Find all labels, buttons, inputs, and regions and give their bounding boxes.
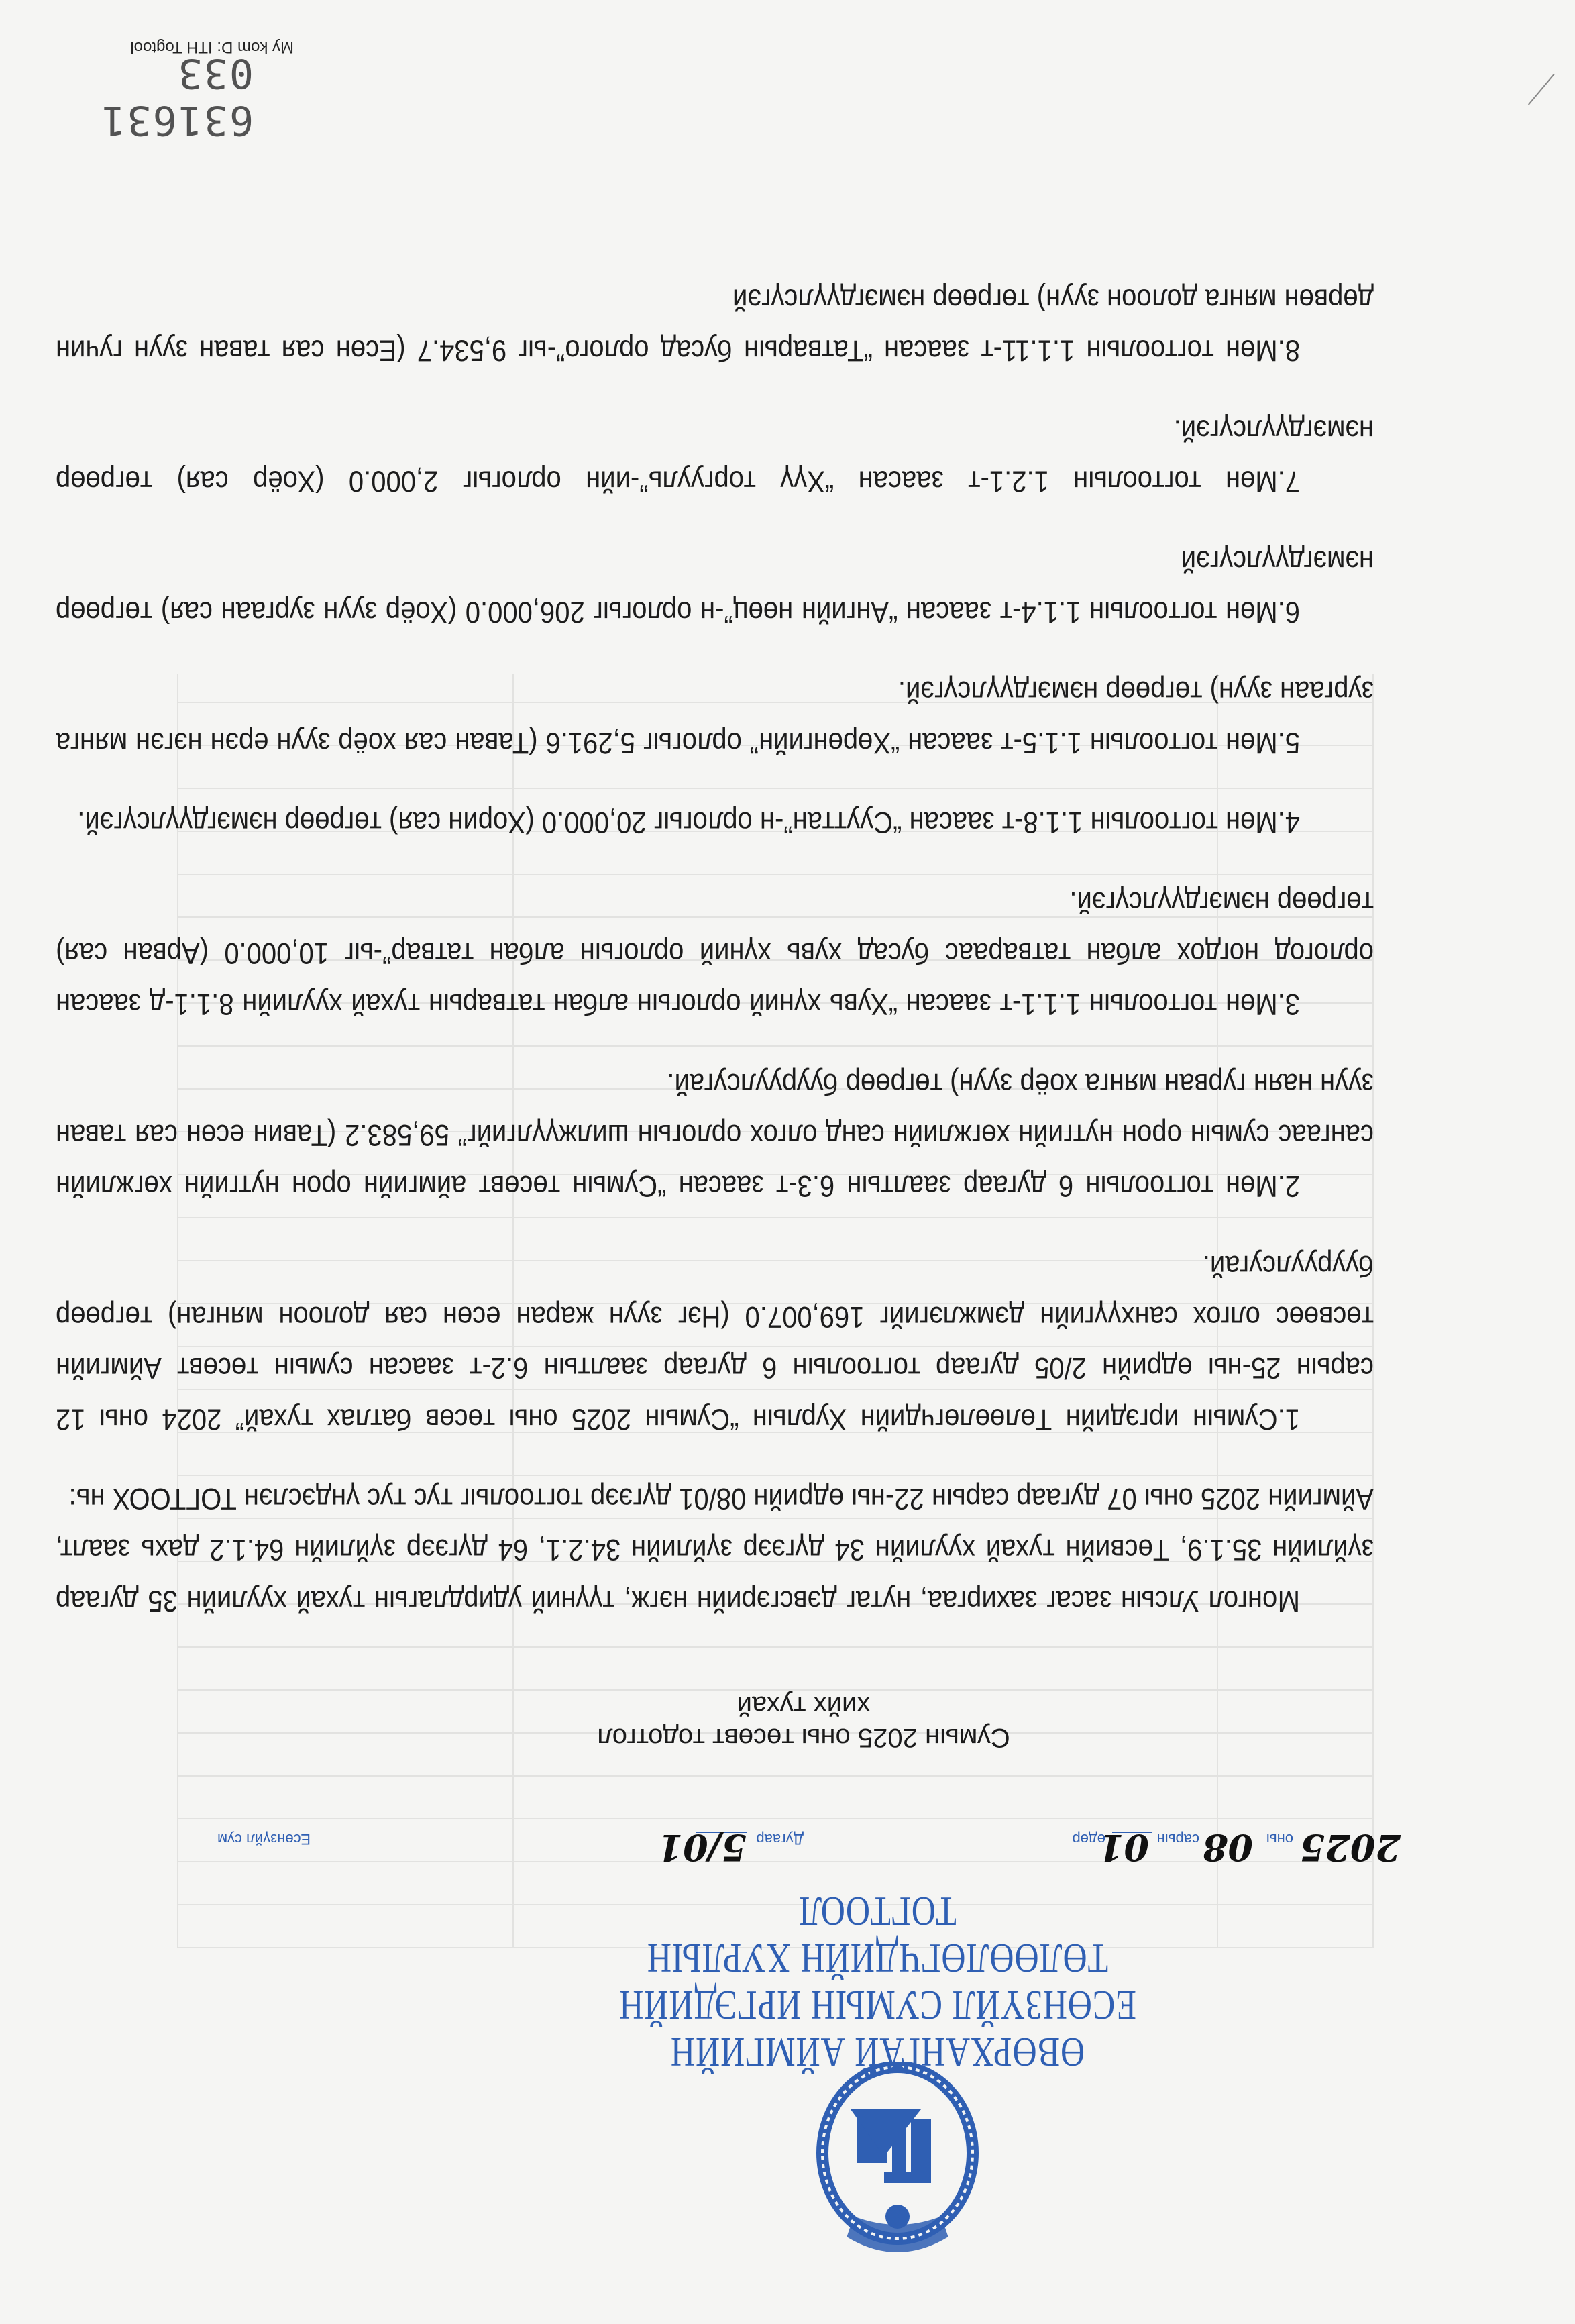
document-page: ӨВӨРХАНГАЙ АЙМГИЙН ЕСӨНЗҮЙЛ СУМЫН ИРГЭДИ…: [0, 0, 1575, 2324]
dateline: 2025 оны 08 сарын 01 өдөр Дугаар 5/01 Ес…: [126, 1814, 1401, 1854]
letterhead-line: ТОГТООЛ: [555, 1888, 1199, 1935]
title-line: хийх тухай: [502, 1689, 1105, 1722]
preamble: Монгол Улсын засаг захиргаа, нутаг дэвсг…: [56, 1473, 1374, 1626]
file-footer: My kom D: ITH Togtool: [130, 38, 294, 56]
resolution-item: 4.Мөн тогтоолын 1.1.8-т заасан “Сууттан”…: [56, 797, 1374, 848]
date-year-label: оны: [1266, 1830, 1293, 1848]
letterhead-line: ЕСӨНЗҮЙЛ СУМЫН ИРГЭДИЙН: [555, 1982, 1199, 2029]
date-day-label: өдөр: [1072, 1830, 1105, 1848]
resolution-item: 5.Мөн тогтоолын 1.1.5-т заасан “Хөрөнгий…: [56, 666, 1374, 768]
soyombo-emblem-icon: [810, 2062, 985, 2264]
resolution-item: 8.Мөн тогтоолын 1.1.11-т заасан “Татвары…: [56, 274, 1374, 376]
letterhead-line: ТӨЛӨӨЛӨГЧДИЙН ХУРЛЫН: [555, 1935, 1199, 1982]
resolution-item: 7.Мөн тогтоолын 1.2.1-т заасан “Хүү торг…: [56, 405, 1374, 507]
date-year: 2025: [1300, 1826, 1401, 1869]
serial-stamp: 631631 033: [0, 50, 254, 144]
date-day: 01: [1099, 1826, 1149, 1869]
resolution-item: 3.Мөн тогтоолын 1.1.1-т заасан “Хувь хүн…: [56, 876, 1374, 1029]
document-title: Сумын 2025 оны төсөвт тодотгол хийх туха…: [502, 1689, 1105, 1754]
pen-mark: [1528, 73, 1555, 105]
place-name: Есөнзүйл сум: [217, 1830, 311, 1848]
title-line: Сумын 2025 оны төсөвт тодотгол: [502, 1722, 1105, 1754]
document-body: Монгол Улсын засаг захиргаа, нутаг дэвсг…: [56, 274, 1374, 1626]
number-label: Дугаар: [756, 1830, 804, 1848]
resolution-item: 1.Сумын иргэдийн Төлөөлөгчдийн Хурлын “С…: [56, 1240, 1374, 1444]
date-month-label: сарын: [1157, 1830, 1199, 1848]
letterhead-title: ӨВӨРХАНГАЙ АЙМГИЙН ЕСӨНЗҮЙЛ СУМЫН ИРГЭДИ…: [555, 1888, 1199, 2076]
resolution-item: 6.Мөн тогтоолын 1.1.4-т заасан “Ангийн н…: [56, 535, 1374, 637]
resolution-item: 2.Мөн тогтоолын 6 дугаар заалтын 6.3-т з…: [56, 1058, 1374, 1211]
date-month: 08: [1203, 1826, 1253, 1869]
letterhead-line: ӨВӨРХАНГАЙ АЙМГИЙН: [555, 2029, 1199, 2076]
document-number: 5/01: [658, 1826, 747, 1869]
